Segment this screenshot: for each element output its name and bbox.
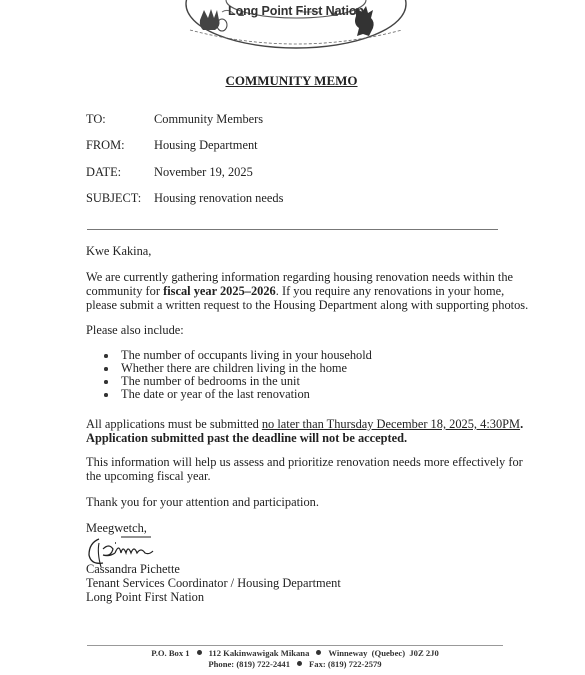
bullet-icon [104, 354, 108, 358]
organization-logo: Long Point First Nation [180, 0, 412, 50]
from-value: Housing Department [154, 138, 258, 153]
signatory-name: Cassandra Pichette [86, 562, 506, 576]
to-value: Community Members [154, 112, 263, 127]
list-item-text: The number of bedrooms in the unit [121, 374, 300, 388]
street-address: 112 Kakinwawigak Mikana [209, 648, 310, 658]
memo-title: COMMUNITY MEMO [0, 73, 583, 89]
bullet-icon [104, 380, 108, 384]
deadline-warning: Application submitted past the deadline … [86, 431, 506, 445]
intro-paragraph: We are currently gathering information r… [86, 270, 506, 312]
deadline-pre: All applications must be submitted [86, 417, 262, 431]
subject-value: Housing renovation needs [154, 191, 283, 206]
deadline-line: All applications must be submitted no la… [86, 417, 506, 431]
signatory-title: Tenant Services Coordinator / Housing De… [86, 576, 506, 590]
footer-address: P.O. Box 1112 Kakinwawigak MikanaWinnewa… [80, 648, 510, 658]
fiscal-year-emphasis: fiscal year 2025–2026 [163, 284, 276, 298]
include-intro: Please also include: [86, 323, 506, 337]
list-item-text: Whether there are children living in the… [121, 361, 347, 375]
to-label: TO: [86, 112, 106, 127]
signatory-organization: Long Point First Nation [86, 590, 506, 604]
thanks-line: Thank you for your attention and partici… [86, 495, 506, 509]
intro-line-2: community for fiscal year 2025–2026. If … [86, 284, 506, 298]
bullet-icon [104, 393, 108, 397]
deadline-warning-text: Application submitted past the deadline … [86, 431, 407, 445]
footer-contact: Phone: (819) 722-2441Fax: (819) 722-2579 [80, 659, 510, 669]
intro-line-3: please submit a written request to the H… [86, 298, 506, 312]
purpose-line-2: the upcoming fiscal year. [86, 469, 506, 483]
po-box: P.O. Box 1 [151, 648, 189, 658]
header-divider [87, 229, 498, 230]
date-value: November 19, 2025 [154, 165, 253, 180]
deadline-period: . [520, 417, 523, 431]
list-item: The date or year of the last renovation [104, 388, 372, 401]
intro-line-1: We are currently gathering information r… [86, 270, 506, 284]
deadline-date: no later than Thursday December 18, 2025… [262, 417, 520, 431]
date-label: DATE: [86, 165, 121, 180]
purpose-line-1: This information will help us assess and… [86, 455, 506, 469]
list-item-text: The number of occupants living in your h… [121, 348, 372, 362]
intro-line-2-post: . If you require any renovations in your… [276, 284, 504, 298]
bullet-icon [297, 661, 302, 666]
bullet-icon [104, 367, 108, 371]
intro-line-2-pre: community for [86, 284, 163, 298]
from-label: FROM: [86, 138, 125, 153]
city-postal: Winneway (Quebec) J0Z 2J0 [328, 648, 438, 658]
fax-number: Fax: (819) 722-2579 [309, 659, 382, 669]
organization-name: Long Point First Nation [180, 4, 412, 18]
signatory-block: Cassandra Pichette Tenant Services Coord… [86, 562, 506, 604]
bullet-icon [316, 650, 321, 655]
subject-label: SUBJECT: [86, 191, 141, 206]
deadline-paragraph: All applications must be submitted no la… [86, 417, 506, 445]
phone-number: Phone: (819) 722-2441 [208, 659, 290, 669]
greeting: Kwe Kakina, [86, 244, 506, 258]
include-list: The number of occupants living in your h… [104, 349, 372, 401]
purpose-paragraph: This information will help us assess and… [86, 455, 506, 483]
list-item-text: The date or year of the last renovation [121, 387, 310, 401]
footer-divider [87, 645, 503, 646]
bullet-icon [197, 650, 202, 655]
